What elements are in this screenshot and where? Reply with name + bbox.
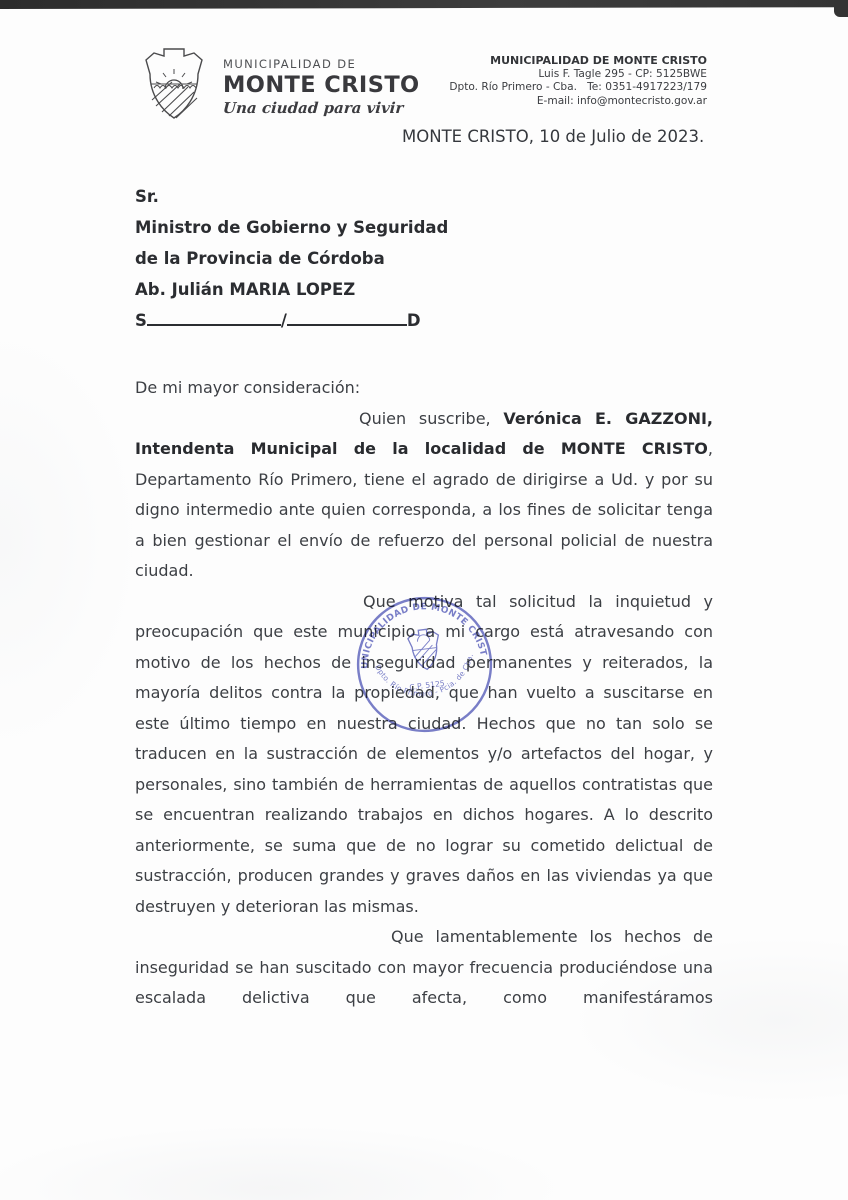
municipal-stamp-icon: MUNICIPALIDAD DE MONTE CRISTO Dpto. Río … <box>345 585 504 744</box>
contact-address: Luis F. Tagle 295 - CP: 5125BWE <box>449 68 707 82</box>
logo-org-small: MUNICIPALIDAD DE <box>223 57 420 71</box>
underscore-rule <box>147 310 281 326</box>
scan-edge-artifact <box>0 0 848 9</box>
p1-intro: Quien suscribe, <box>359 409 503 428</box>
municipality-logo: MUNICIPALIDAD DE MONTE CRISTO Una ciudad… <box>138 44 420 124</box>
s-label: S <box>135 311 147 330</box>
paragraph-1: Quien suscribe, Verónica E. GAZZONI, Int… <box>135 404 713 587</box>
recipient-block: Sr. Ministro de Gobierno y Seguridad de … <box>135 181 448 336</box>
s-d-line: S/D <box>135 305 448 336</box>
logo-tagline: Una ciudad para vivir <box>222 99 420 117</box>
d-label: D <box>407 311 421 330</box>
municipal-crest-icon <box>138 44 210 124</box>
underscore-rule <box>287 310 407 326</box>
stamp-bottom-text: Dpto. Río Primero - Pcia. de Cba. <box>373 652 480 705</box>
salutation: De mi mayor consideración: <box>135 373 713 404</box>
p1-rest: , Departamento Río Primero, tiene el agr… <box>135 439 713 580</box>
paragraph-3: Que lamentablemente los hechos de insegu… <box>135 922 713 1014</box>
svg-text:Dpto. Río Primero - Pcia. de C: Dpto. Río Primero - Pcia. de Cba. <box>373 652 480 705</box>
recipient-line: de la Provincia de Córdoba <box>135 243 448 274</box>
letter-page: MUNICIPALIDAD DE MONTE CRISTO Una ciudad… <box>0 0 848 1200</box>
contact-org-name: MUNICIPALIDAD DE MONTE CRISTO <box>449 54 707 68</box>
recipient-line: Ab. Julián MARIA LOPEZ <box>135 274 448 305</box>
logo-org-big: MONTE CRISTO <box>223 72 420 98</box>
recipient-line: Sr. <box>135 181 448 212</box>
contact-phone: Dpto. Río Primero - Cba. Te: 0351-491722… <box>449 81 707 95</box>
recipient-line: Ministro de Gobierno y Seguridad <box>135 212 448 243</box>
scan-corner-artifact <box>834 0 848 17</box>
letter-date: MONTE CRISTO, 10 de Julio de 2023. <box>402 127 704 146</box>
contact-email: E-mail: info@montecristo.gov.ar <box>449 95 707 109</box>
header-contact-block: MUNICIPALIDAD DE MONTE CRISTO Luis F. Ta… <box>449 54 707 108</box>
